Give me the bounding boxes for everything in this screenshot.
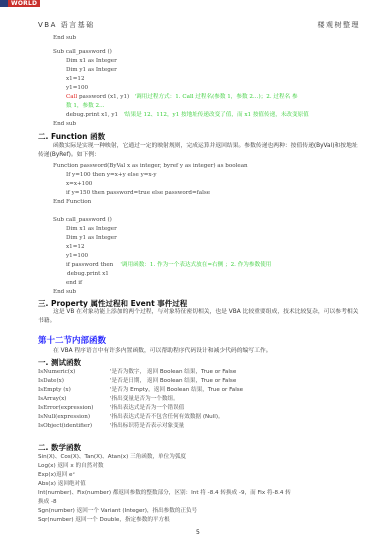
function-name: IsEmpty (x) [38, 386, 110, 395]
code-line: x=x+100 [66, 180, 92, 189]
code-line: y1=100 [66, 84, 88, 93]
function-row: IsNumeric(x)'是否为数字， 返回 Boolean 结果，True o… [38, 368, 236, 377]
code-line: if y=150 then password=true else passwor… [66, 189, 210, 198]
code-comment: '结果是 12、112，y1 按地址传递改变了值，而 x1 按值传递，未改变原值 [123, 112, 308, 118]
logo-mark [0, 0, 8, 7]
section-heading-math: 二. 数学函数 [38, 442, 81, 453]
math-line: Sqr(number) 返回一个 Double，指定参数的平方根 [38, 516, 170, 525]
function-name: IsNumeric(x) [38, 368, 110, 377]
call-code: password (x1, y1) [77, 94, 129, 100]
code-line-call: Call password (x1, y1) '调用过程方式：1. Call 过… [66, 93, 298, 102]
code-line: Function password(ByVal x as integer, by… [53, 162, 248, 171]
function-desc: '是否为数字， 返回 Boolean 结果，True or False [110, 369, 236, 375]
code-line: Dim x1 as Integer [66, 225, 117, 234]
logo-text: WORLD [8, 0, 40, 7]
math-line: Exp(x)返回 eˣ [38, 471, 75, 480]
function-row: IsEmpty (x)'是否为 Empty，返回 Boolean 结果，True… [38, 386, 243, 395]
code-line: debug.print x1 [67, 270, 109, 279]
if-code: if password then [66, 262, 113, 268]
math-line: Sin(X)、Cos(X)、Tan(X)、Atan(x) 三角函数，单位为弧度 [38, 453, 186, 462]
function-row: IsError(expression)'指出表达式是否为一个错误值 [38, 404, 184, 413]
code-line-if: if password then '调用函数：1. 作为一个表达式放在=右侧 ；… [66, 261, 271, 270]
function-row: IsDate(x)'是否是日期， 返回 Boolean 结果，True or F… [38, 377, 236, 386]
publisher-logo: WORLD [0, 0, 40, 7]
function-desc: '是否为 Empty，返回 Boolean 结果，True or False [110, 387, 243, 393]
function-name: IsError(expression) [38, 404, 110, 413]
function-desc: '指出变量是否为一个数组。 [110, 396, 179, 402]
function-name: IsDate(x) [38, 377, 110, 386]
code-line: Dim y1 as Integer [66, 66, 117, 75]
code-line: Sub call_password () [53, 216, 112, 225]
paragraph-text: 函数实际是实现一种映射，它通过一定的映射规则，完成运算并返回结果。参数传递也两种… [38, 143, 358, 158]
code-line: Dim x1 as Integer [66, 57, 117, 66]
paragraph-text: 这是 VB 在对象功能上添加的两个过程，与对象特征密切相关，也是 VBA 比较重… [38, 309, 358, 324]
code-line: x1=12 [66, 243, 85, 252]
function-desc: '是否是日期， 返回 Boolean 结果，True or False [110, 378, 236, 384]
paragraph-function: 函数实际是实现一种映射，它通过一定的映射规则，完成运算并返回结果。参数传递也两种… [38, 142, 360, 160]
paragraph-intro: 在 VBA 程序语言中有许多内置函数，可以帮助程序代码设计和减少代码的编写工作。 [38, 347, 360, 356]
math-line: Log(x) 返回 x 的自然对数 [38, 462, 103, 471]
code-line: End sub [53, 288, 76, 297]
function-name: IsArray(x) [38, 395, 110, 404]
function-name: IsNull(expression) [38, 413, 110, 422]
code-comment: '调用函数：1. 作为一个表达式放在=右侧 ；2. 作为参数使用 [120, 262, 271, 268]
header-title: VBA 语言基础 [38, 20, 95, 30]
chapter-heading: 第十二节内部函数 [38, 334, 106, 346]
function-row: IsArray(x)'指出变量是否为一个数组。 [38, 395, 179, 404]
paragraph-property: 这是 VB 在对象功能上添加的两个过程，与对象特征密切相关，也是 VBA 比较重… [38, 308, 360, 326]
debug-code: debug.print x1, y1 [66, 112, 118, 118]
code-line: End Function [53, 198, 91, 207]
code-line: y1=100 [66, 252, 88, 261]
code-line: Sub call_password () [53, 48, 112, 57]
function-desc: '指出标识符是否表示对象变量 [110, 423, 184, 429]
math-line: Abs(x) 返回绝对值 [38, 480, 86, 489]
code-line: Dim y1 as Integer [66, 234, 117, 243]
code-comment-cont: 数 1，参数 2… [66, 102, 105, 111]
paragraph-text: 在 VBA 程序语言中有许多内置函数，可以帮助程序代码设计和减少代码的编写工作。 [53, 348, 272, 354]
code-line: End sub [53, 34, 76, 43]
code-line: end if [66, 279, 82, 288]
function-row: IsObject(identifier)'指出标识符是否表示对象变量 [38, 422, 184, 431]
keyword-call: Call [66, 94, 77, 100]
header-author: 楼观树整理 [318, 20, 361, 30]
code-comment: '调用过程方式：1. Call 过程名(参数 1，参数 2…)；2. 过程名 参 [135, 94, 298, 100]
function-row: IsNull(expression)'指出表达式是否不包含任何有效数据 (Nul… [38, 413, 224, 422]
section-heading-test: 一. 测试函数 [38, 357, 81, 368]
page-header: VBA 语言基础 楼观树整理 [38, 20, 360, 30]
function-desc: '指出表达式是否为一个错误值 [110, 405, 184, 411]
code-line: If y=100 then y=x+y else y=x-y [66, 171, 157, 180]
section-heading-function: 二. Function 函数 [38, 131, 105, 142]
code-line: x1=12 [66, 75, 85, 84]
function-desc: '指出表达式是否不包含任何有效数据 (Null)。 [110, 414, 224, 420]
page-number: 5 [196, 529, 200, 536]
function-name: IsObject(identifier) [38, 422, 110, 431]
math-line: Sgn(number) 返回一个 Variant (Integer)，指出参数的… [38, 507, 197, 516]
code-line-debug: debug.print x1, y1 '结果是 12、112，y1 按地址传递改… [66, 111, 309, 120]
math-line: Int(number)、Fix(number) 都返回参数的整数部分，区别：In… [38, 489, 291, 498]
code-line: End sub [53, 120, 76, 129]
math-line: 换成 -8 [38, 498, 57, 507]
